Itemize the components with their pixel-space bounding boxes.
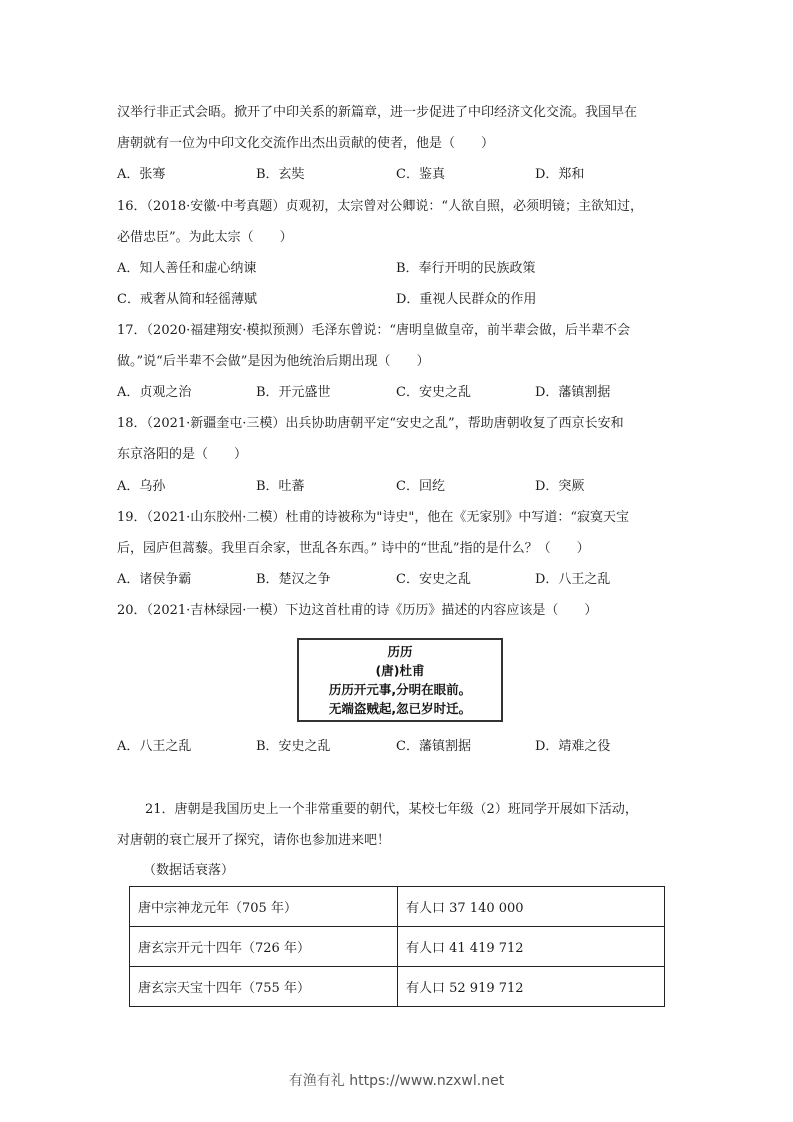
table-cell-population: 有人口 52 919 712	[398, 967, 665, 1007]
table-cell-period: 唐玄宗开元十四年（726 年）	[130, 927, 398, 967]
q16-option-c[interactable]: C．戒奢从简和轻徭薄赋	[117, 291, 257, 309]
q19-option-c[interactable]: C．安史之乱	[396, 571, 471, 589]
q16-option-d[interactable]: D．重视人民群众的作用	[396, 291, 536, 309]
table-cell-period: 唐玄宗天宝十四年（755 年）	[130, 967, 398, 1007]
q17-option-b[interactable]: B．开元盛世	[256, 384, 331, 402]
population-table: 唐中宗神龙元年（705 年） 有人口 37 140 000 唐玄宗开元十四年（7…	[129, 886, 665, 1007]
q20-option-a[interactable]: A．八王之乱	[117, 738, 191, 756]
table-row: 唐玄宗天宝十四年（755 年） 有人口 52 919 712	[130, 967, 665, 1007]
q18-stem-line1: 18．（2021·新疆奎屯·三模）出兵协助唐朝平定“安史之乱”，帮助唐朝收复了西…	[117, 415, 624, 433]
poem-image: 历历 (唐)杜甫 历历开元事,分明在眼前。 无端盗贼起,忽已岁时迁。	[297, 638, 503, 722]
q21-subtitle: （数据话衰落）	[143, 862, 234, 880]
q17-option-a[interactable]: A．贞观之治	[117, 384, 191, 402]
q16-option-b[interactable]: B．奉行开明的民族政策	[396, 260, 536, 278]
q15-option-d[interactable]: D．郑和	[535, 166, 584, 184]
table-row: 唐玄宗开元十四年（726 年） 有人口 41 419 712	[130, 927, 665, 967]
q18-option-d[interactable]: D．突厥	[535, 478, 584, 496]
q15-option-b[interactable]: B．玄奘	[256, 166, 305, 184]
poem-title: 历历	[299, 642, 501, 661]
q20-option-c[interactable]: C．藩镇割据	[396, 738, 471, 756]
q18-option-a[interactable]: A．乌孙	[117, 478, 165, 496]
table-cell-period: 唐中宗神龙元年（705 年）	[130, 887, 398, 927]
footer-watermark: 有渔有礼 https://www.nzxwl.net	[0, 1070, 793, 1090]
q21-stem-line2: 对唐朝的衰亡展开了探究，请你也参加进来吧！	[117, 832, 390, 850]
q15-option-c[interactable]: C．鉴真	[396, 166, 445, 184]
q21-stem-line1: 21．唐朝是我国历史上一个非常重要的朝代，某校七年级（2）班同学开展如下活动，	[145, 801, 638, 819]
poem-verse-2: 无端盗贼起,忽已岁时迁。	[299, 699, 501, 718]
q15-stem-line2: 唐朝就有一位为中印文化交流作出杰出贡献的使者，他是（ ）	[117, 135, 494, 153]
q17-option-d[interactable]: D．藩镇割据	[535, 384, 610, 402]
q18-stem-line2: 东京洛阳的是（ ）	[117, 446, 247, 464]
q16-stem-line2: 必借忠臣”。为此太宗（ ）	[117, 229, 293, 247]
q18-option-b[interactable]: B．吐蕃	[256, 478, 305, 496]
q19-option-b[interactable]: B．楚汉之争	[256, 571, 331, 589]
q19-option-a[interactable]: A．诸侯争霸	[117, 571, 191, 589]
q19-option-d[interactable]: D．八王之乱	[535, 571, 610, 589]
table-cell-population: 有人口 41 419 712	[398, 927, 665, 967]
poem-verse-1: 历历开元事,分明在眼前。	[299, 680, 501, 699]
q16-stem-line1: 16．（2018·安徽·中考真题）贞观初，太宗曾对公卿说：“人欲自照，必须明镜；…	[117, 198, 643, 216]
q17-stem-line1: 17．（2020·福建翔安·模拟预测）毛泽东曾说：“唐明皇做皇帝，前半辈会做，后…	[117, 322, 630, 340]
q20-stem: 20．（2021·吉林绿园·一模）下边这首杜甫的诗《历历》描述的内容应该是（ ）	[117, 602, 597, 620]
q17-stem-line2: 做。”说“后半辈不会做”是因为他统治后期出现（ ）	[117, 353, 429, 371]
table-row: 唐中宗神龙元年（705 年） 有人口 37 140 000	[130, 887, 665, 927]
q19-stem-line2: 后，园庐但蒿藜。我里百余家，世乱各东西。” 诗中的“世乱”指的是什么？（ ）	[117, 540, 590, 558]
poem-author: (唐)杜甫	[299, 661, 501, 680]
q15-stem-line1: 汉举行非正式会晤。掀开了中印关系的新篇章，进一步促进了中印经济文化交流。我国早在	[117, 104, 637, 122]
q18-option-c[interactable]: C．回纥	[396, 478, 445, 496]
q20-option-d[interactable]: D．靖难之役	[535, 738, 610, 756]
q19-stem-line1: 19．（2021·山东胶州·二模）杜甫的诗被称为"诗史"，他在《无家别》中写道：…	[117, 509, 629, 527]
table-cell-population: 有人口 37 140 000	[398, 887, 665, 927]
q16-option-a[interactable]: A．知人善任和虚心纳谏	[117, 260, 256, 278]
q17-option-c[interactable]: C．安史之乱	[396, 384, 471, 402]
q15-option-a[interactable]: A．张骞	[117, 166, 165, 184]
q20-option-b[interactable]: B．安史之乱	[256, 738, 331, 756]
